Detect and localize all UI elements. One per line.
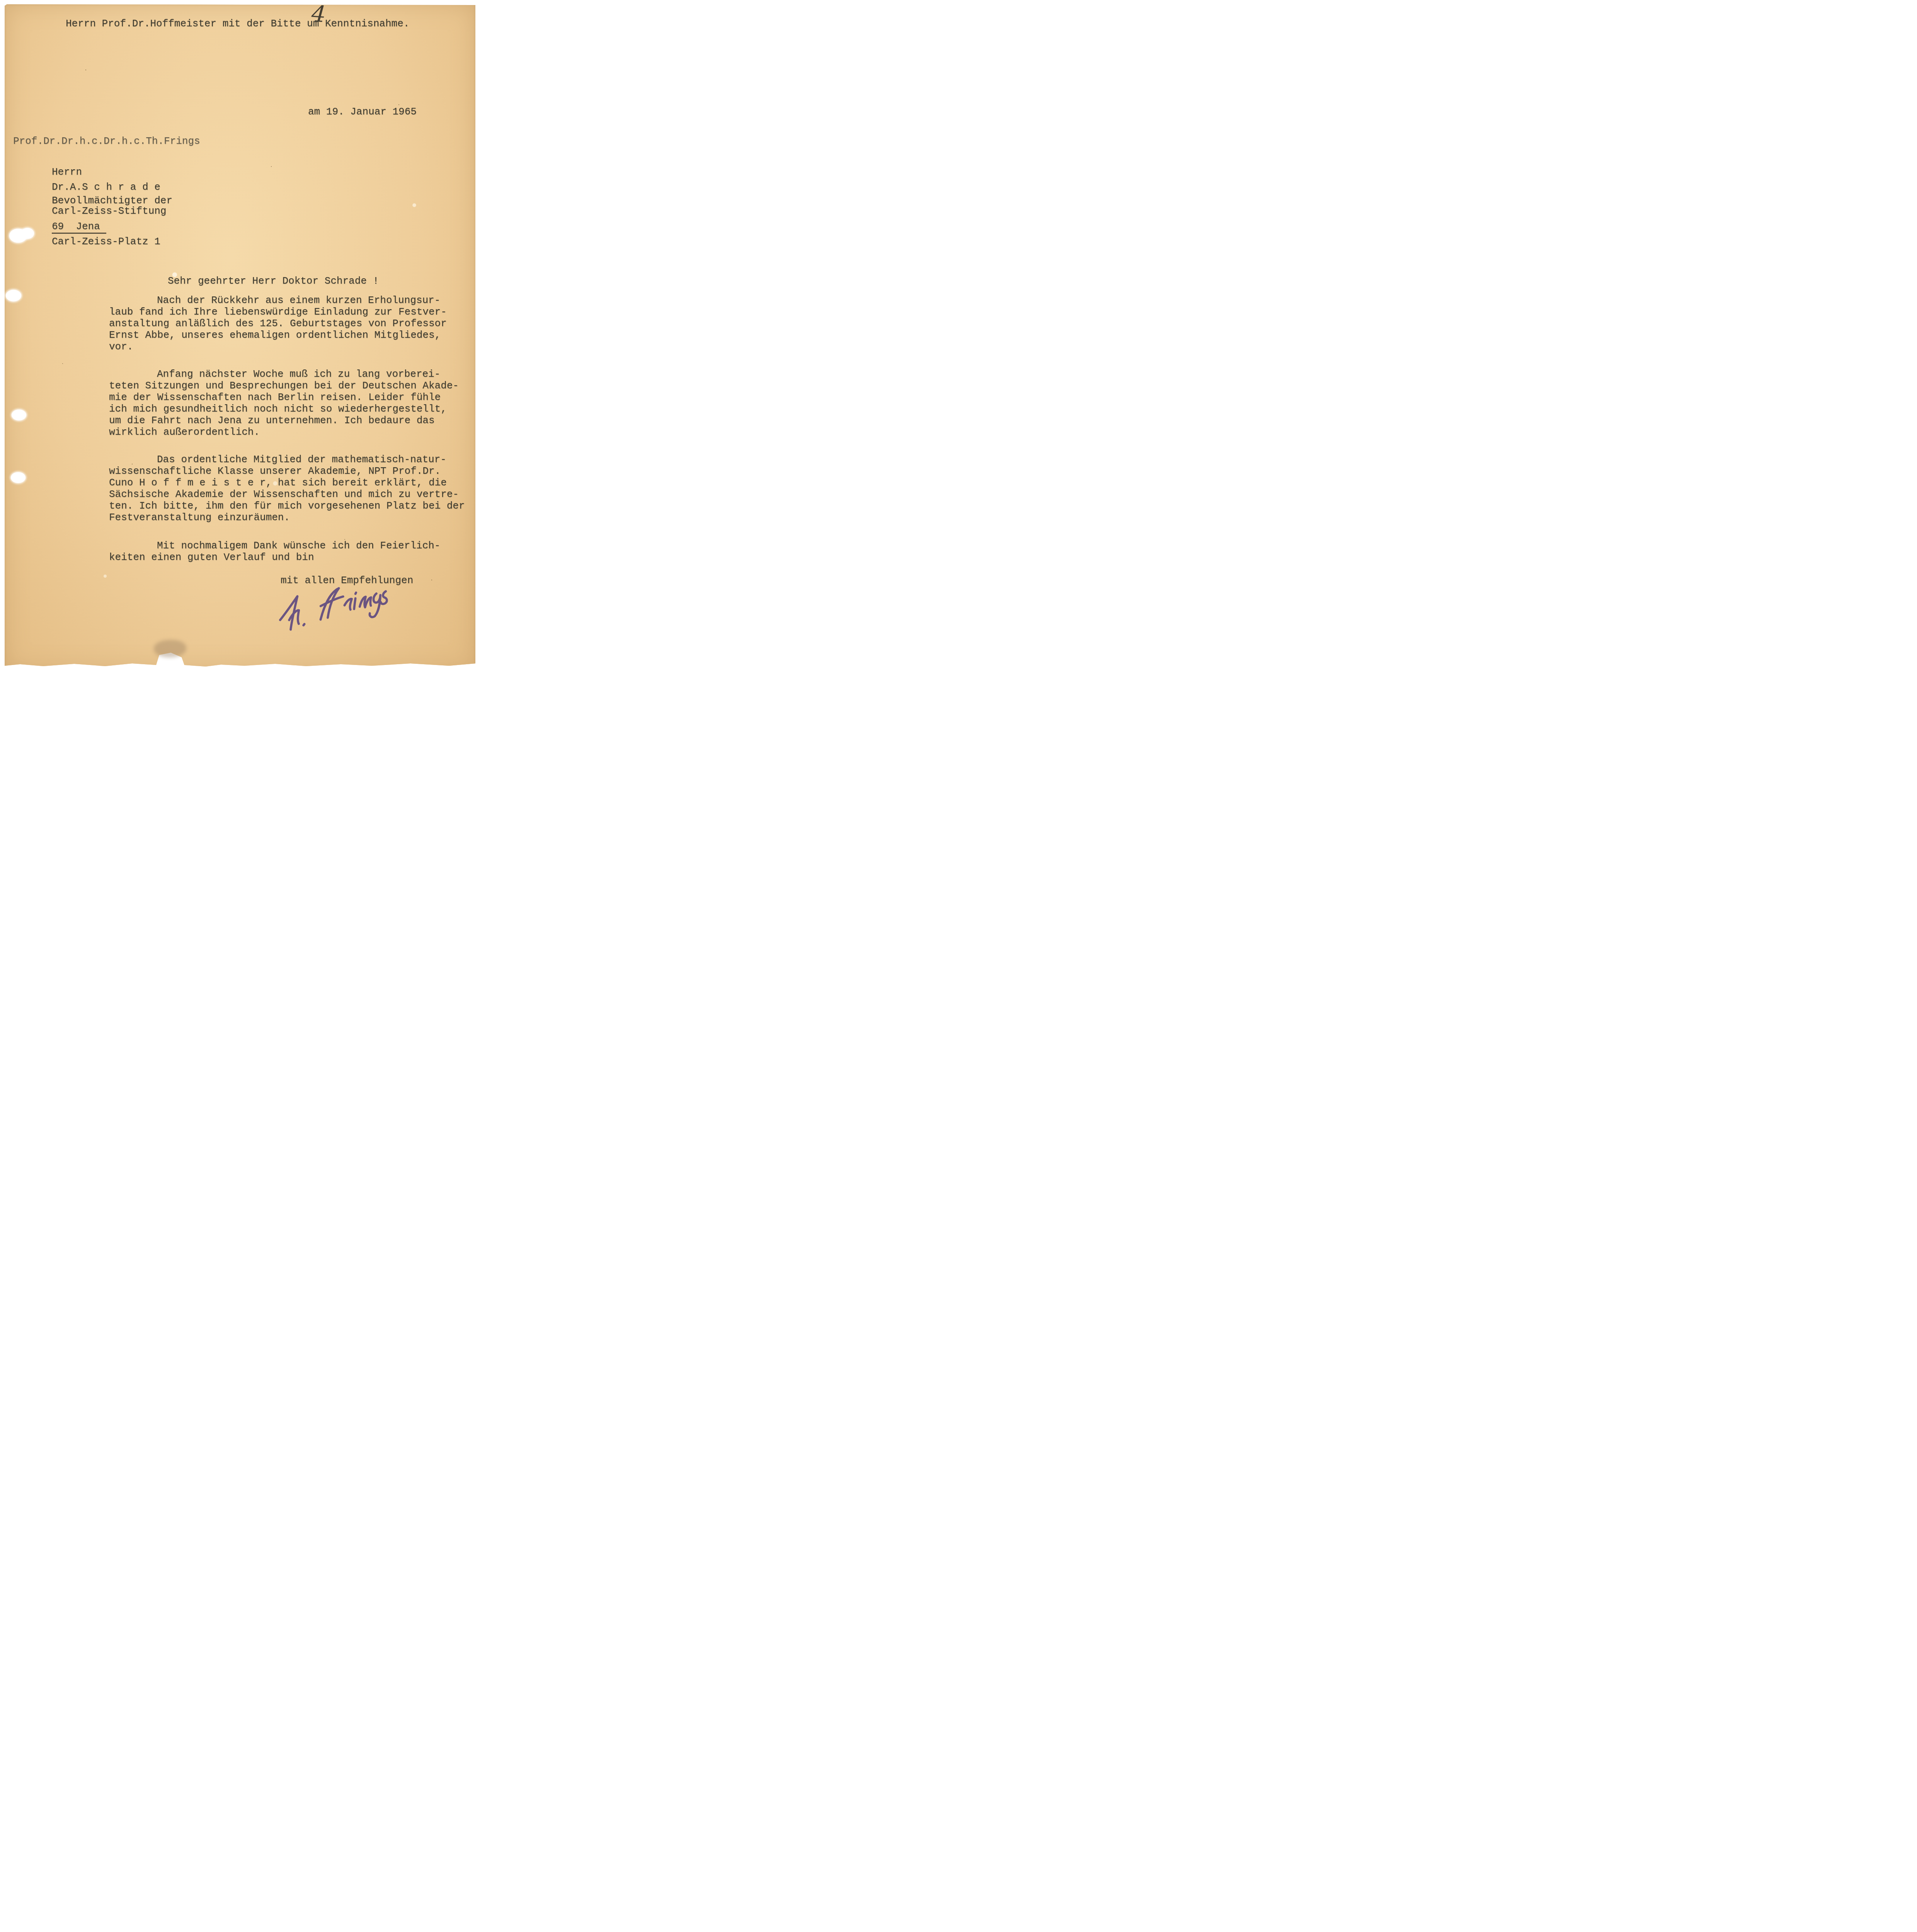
salutation: Sehr geehrter Herr Doktor Schrade ! <box>168 275 379 287</box>
body-paragraph: Das ordentliche Mitglied der mathematisc… <box>109 454 479 523</box>
distribution-note: Herrn Prof.Dr.Hoffmeister mit der Bitte … <box>66 18 409 29</box>
recipient-line: Dr.A.S c h r a d e <box>52 181 160 193</box>
recipient-line: Carl-Zeiss-Stiftung <box>52 205 166 217</box>
date-line: am 19. Januar 1965 <box>308 106 417 117</box>
scanned-letter-page: 4 Herrn Prof.Dr.Hoffmeister mit der Bitt… <box>0 0 479 678</box>
recipient-line: Bevollmächtigter der <box>52 195 172 206</box>
body-paragraph: Mit nochmaligem Dank wünsche ich den Fei… <box>109 540 479 563</box>
body-paragraph: Anfang nächster Woche muß ich zu lang vo… <box>109 368 479 438</box>
city-underline: 69 Jena <box>52 221 106 234</box>
punch-hole <box>11 472 26 483</box>
recipient-line: Herrn <box>52 166 82 178</box>
punch-hole <box>12 410 26 420</box>
sender-line: Prof.Dr.Dr.h.c.Dr.h.c.Th.Frings <box>13 135 200 147</box>
recipient-line: Carl-Zeiss-Platz 1 <box>52 236 160 247</box>
recipient-line-city: 69 Jena <box>52 221 106 232</box>
body-paragraph: Nach der Rückkehr aus einem kurzen Erhol… <box>109 294 479 352</box>
punch-hole <box>21 228 34 239</box>
punch-hole <box>6 290 21 301</box>
